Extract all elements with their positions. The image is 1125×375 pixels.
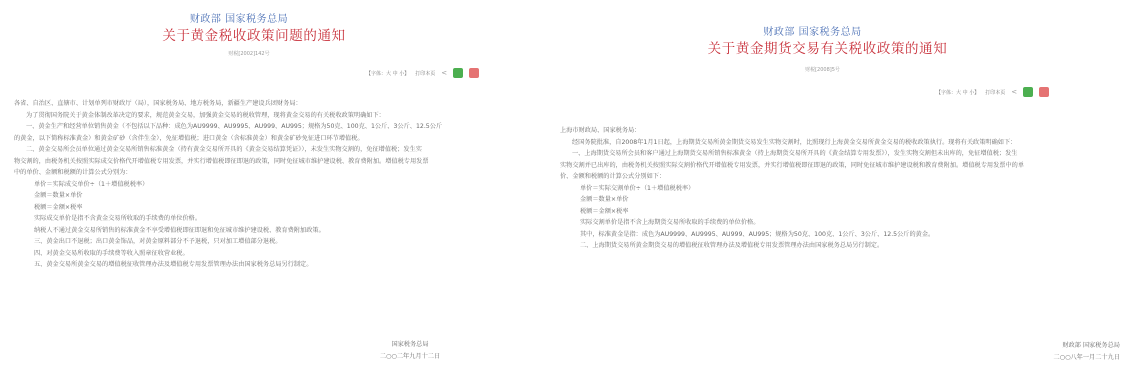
print-link[interactable]: 打印本页 (985, 89, 1005, 96)
share-icon[interactable]: < (441, 69, 447, 77)
article-toolbar: 【字体：大 中 小】 打印本页 < (936, 87, 1049, 97)
paragraph: 五、黄金交易所黄金交易的增值税征收管理办法及增值税专用发票管理办法由国家税务总局… (14, 259, 544, 271)
formula-line: 单价＝实际交割单价÷（1＋增值税税率） (560, 183, 1120, 195)
paragraph: 的黄金，以下简称标准黄金）和黄金矿砂（含伴生金），免征增值税；进口黄金（含标准黄… (14, 133, 544, 145)
formula-line: 金额＝数量×单价 (14, 190, 544, 202)
paragraph: 实际交割单价是指不含上海期货交易所收取的手续费的单位价格。 (560, 217, 1120, 229)
paragraph: 纳税人不通过黄金交易所销售的标准黄金不享受增值税即征即退和免征城市维护建设税、教… (14, 225, 544, 237)
paragraph: 二、黄金交易所会员单位通过黄金交易所销售标准黄金（持有黄金交易所开具的《黄金交易… (14, 144, 544, 156)
document-number: 财税[2008]5号 (520, 66, 1125, 73)
issuer-heading: 财政部 国家税务总局 (500, 23, 1125, 38)
document-number: 财税[2002]142号 (0, 50, 548, 57)
share-icon[interactable]: < (1011, 88, 1017, 96)
paragraph: 为了贯彻国务院关于黄金体制改革决定的要求，规范黄金交易，加强黄金交易的税收管理，… (14, 110, 544, 122)
font-size-options[interactable]: 大 中 小】 (386, 71, 409, 77)
paragraph: 一、上海期货交易所会员和客户通过上海期货交易所销售标准黄金（持上海期货交易所开具… (560, 148, 1120, 160)
signature-block: 财政部 国家税务总局 二○○八年一月二十九日 (980, 340, 1120, 364)
weibo-icon[interactable] (469, 68, 479, 78)
paragraph: 各省、自治区、直辖市、计划单列市财政厅（局），国家税务局、地方税务局，新疆生产建… (14, 98, 544, 110)
print-link[interactable]: 打印本页 (415, 70, 435, 77)
paragraph: 实际成交单价是指不含黄金交易所收取的手续费的单位价格。 (14, 213, 544, 225)
paragraph: 一、黄金生产和经营单位销售黄金（不包括以下品种：成色为AU9999、AU9995… (14, 121, 544, 133)
document-title: 关于黄金税收政策问题的通知 (0, 24, 548, 44)
signature: 国家税务总局 (340, 339, 480, 351)
document-right: 财政部 国家税务总局 关于黄金期货交易有关税收政策的通知 财税[2008]5号 … (560, 0, 1125, 375)
issue-date: 二○○二年九月十二日 (340, 351, 480, 363)
formula-line: 税额＝金额×税率 (14, 202, 544, 214)
signature: 财政部 国家税务总局 (980, 340, 1120, 352)
paragraph: 实物交割并已出库的，由税务机关按照实际交割价格代开增值税专用发票，并实行增值税即… (560, 160, 1120, 172)
formula-line: 税额＝金额×税率 (560, 206, 1120, 218)
paragraph: 中的单价、金额和税额的计算公式分别为： (14, 167, 544, 179)
paragraph: 二、上海期货交易所黄金期货交易的增值税征收管理办法及增值税专用发票管理办法由国家… (560, 240, 1120, 252)
paragraph: 三、黄金出口不退税；出口黄金饰品，对黄金原料部分不予退税，只对加工增值部分退税。 (14, 236, 544, 248)
document-title: 关于黄金期货交易有关税收政策的通知 (530, 37, 1125, 57)
wechat-icon[interactable] (453, 68, 463, 78)
paragraph: 物交割的，由税务机关按照实际成交价格代开增值税专用发票，并实行增值税即征即退的政… (14, 156, 544, 168)
issuer-heading: 财政部 国家税务总局 (0, 10, 548, 25)
document-body: 各省、自治区、直辖市、计划单列市财政厅（局），国家税务局、地方税务局，新疆生产建… (14, 98, 544, 271)
font-size-label: 【字体：大 中 小】 (936, 89, 979, 96)
paragraph: 四、对黄金交易所收取的手续费等收入照章征收营业税。 (14, 248, 544, 260)
paragraph: 经国务院批准，自2008年1月1日起，上海期货交易所黄金期货交易发生实物交割时，… (560, 137, 1120, 149)
paragraph: 价、金额和税额的计算公式分别如下： (560, 171, 1120, 183)
document-left: 财政部 国家税务总局 关于黄金税收政策问题的通知 财税[2002]142号 【字… (0, 0, 548, 375)
issue-date: 二○○八年一月二十九日 (980, 352, 1120, 364)
font-size-label: 【字体：大 中 小】 (366, 70, 409, 77)
paragraph: 上海市财政局、国家税务局： (560, 125, 1120, 137)
signature-block: 国家税务总局 二○○二年九月十二日 (340, 339, 480, 363)
weibo-icon[interactable] (1039, 87, 1049, 97)
paragraph: 其中，标准黄金是指：成色为AU9999、AU9995、AU999、AU995；规… (560, 229, 1120, 241)
wechat-icon[interactable] (1023, 87, 1033, 97)
formula-line: 单价＝实际成交单价÷（1＋增值税税率） (14, 179, 544, 191)
formula-line: 金额＝数量×单价 (560, 194, 1120, 206)
article-toolbar: 【字体：大 中 小】 打印本页 < (366, 68, 479, 78)
font-size-options[interactable]: 大 中 小】 (956, 90, 979, 96)
document-body: 上海市财政局、国家税务局： 经国务院批准，自2008年1月1日起，上海期货交易所… (560, 125, 1120, 252)
